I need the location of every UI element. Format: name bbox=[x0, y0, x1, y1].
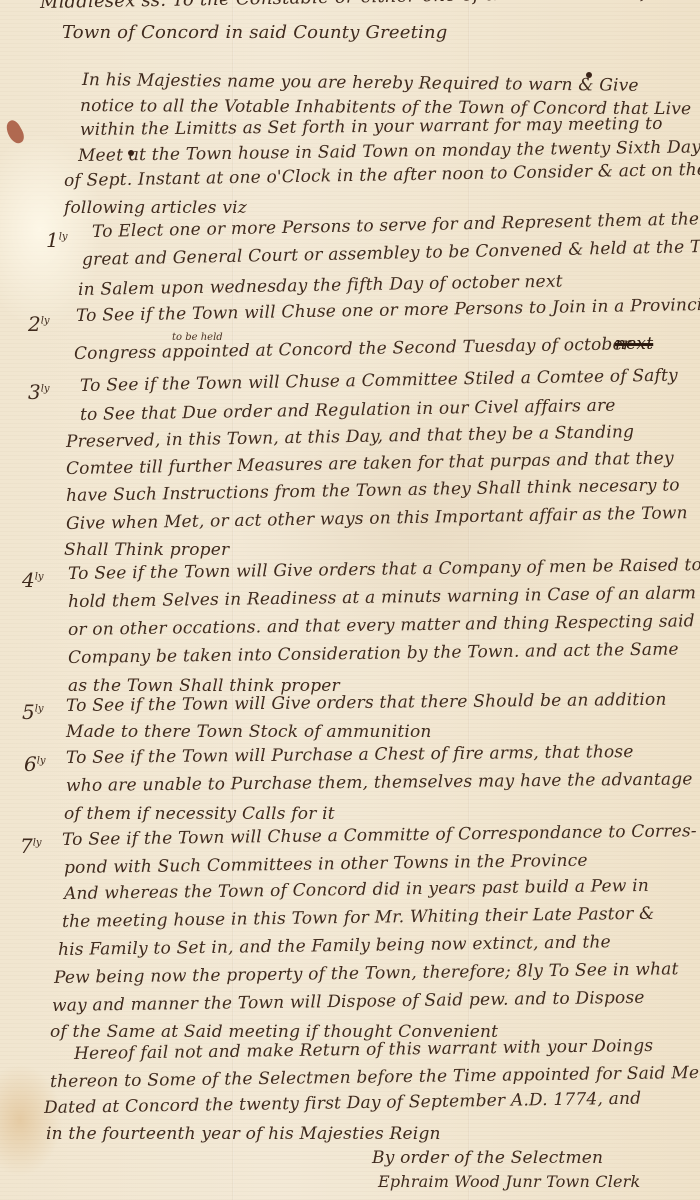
article-6-line: of them if necessity Calls for it bbox=[64, 804, 335, 824]
struck-word: next bbox=[615, 334, 653, 354]
article-number-6: 6ly bbox=[24, 752, 46, 776]
article-number-2: 2ly bbox=[28, 312, 50, 336]
article-number-7: 7ly bbox=[20, 834, 42, 858]
article-number-5: 5ly bbox=[22, 700, 44, 724]
article-5-line: Made to there Town Stock of ammunition bbox=[66, 722, 432, 742]
article-3-line: Shall Think proper bbox=[64, 540, 229, 560]
header-line-2: Town of Concord in said County Greeting bbox=[62, 22, 448, 43]
article-number-1: 1ly bbox=[46, 228, 68, 252]
article-number-4: 4ly bbox=[22, 568, 44, 592]
signature-name: Ephraim Wood Junr Town Clerk bbox=[378, 1172, 640, 1191]
article-number-3: 3ly bbox=[28, 380, 50, 404]
closing-line: in the fourteenth year of his Majesties … bbox=[46, 1124, 441, 1144]
preamble-line: following articles viz bbox=[64, 198, 247, 218]
signature-authority: By order of the Selectmen bbox=[372, 1148, 603, 1168]
